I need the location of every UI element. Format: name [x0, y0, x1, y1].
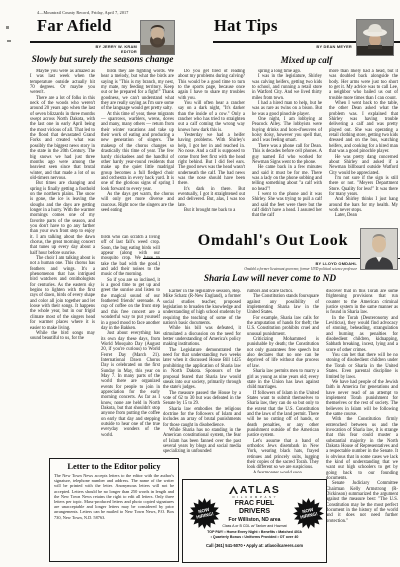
hat-tips-column-1: Do you get tired of reading about my pro…	[178, 69, 245, 233]
newspaper-page: 4—Mountrail County Record, Friday, April…	[0, 0, 400, 567]
omdahl-byline: BY LLOYD OMDAHL	[143, 261, 357, 266]
paragraph: Earlier in the legislative session, Rep.…	[163, 289, 241, 326]
folio-line: 4—Mountrail County Record, Friday, April…	[37, 10, 128, 15]
paragraph: You can bet that there will be no stonin…	[326, 353, 398, 380]
ad-requirements: Class A or B CDL w/ Tanker and Hazmat	[187, 524, 322, 528]
paragraph: When I went back to the table, the other…	[329, 101, 398, 154]
far-afield-column-2: birds they are fighting words. We hear a…	[101, 69, 174, 233]
paragraph: I went to the phone and it was Shirley. …	[252, 192, 322, 219]
paragraph: Later, Dean	[329, 213, 398, 218]
paragraph: Senate Judiciary Committee Chairman Kell…	[326, 481, 398, 524]
paragraph: I was in the legislature, Shirley was ca…	[252, 74, 322, 101]
triangle-logo-icon	[229, 486, 238, 494]
paragraph: Sharia law permits men to marry a girl a…	[247, 369, 319, 390]
paragraph: With the Constitution firmly entrenched …	[326, 417, 398, 481]
portrait-man-cowboy-hat-icon	[357, 20, 393, 55]
paragraph: If followers of Islam in the United Stat…	[247, 391, 319, 439]
byline-role: EDITOR	[50, 49, 137, 54]
hat-tips-title: Hat Tips	[214, 16, 278, 36]
paragraph: So if you are so inclined, it is a good …	[101, 278, 160, 331]
paragraph: The Constitution stands foursquare again…	[247, 294, 319, 315]
paragraph: In the Torah (Deuteronomy and Leviticus)…	[326, 316, 398, 353]
paragraph: more than likely had a head, but it was …	[329, 69, 398, 101]
omdahl-column-3: discover that in this Torah are some fri…	[326, 289, 398, 533]
paragraph: The Legislature demonstrated the need fo…	[163, 348, 241, 391]
paragraph: For example, Sharia law calls for the am…	[247, 316, 319, 337]
job-title: FRAC FUEL DRIVERS	[213, 500, 296, 515]
hat-tips-column-2: spring a long time ago.I was in the legi…	[252, 69, 322, 233]
paragraph: You will often hear a rancher say on a d…	[178, 101, 245, 133]
paragraph: Sharia law embodies the religious doctri…	[163, 407, 241, 428]
paragraph: At this time of year, these migrants — s…	[101, 112, 174, 192]
paragraph: Let's assume that a band of orthodox Jew…	[247, 439, 319, 471]
paragraph: But it brought me back to a	[178, 208, 245, 213]
paragraph: And Shirley thinks I just hang around th…	[329, 197, 398, 213]
far-afield-title: Far Afield	[37, 16, 112, 36]
far-afield-headline: Slowly but surely the seasons change	[30, 55, 175, 65]
hat-tips-column-3: more than likely had a head, but it was …	[329, 69, 398, 229]
letter-policy-body: The New Town News accepts letters to the…	[54, 473, 174, 559]
margin-mark	[7, 40, 11, 42]
atlas-ad: NOW HIRING! NOW HIRING! ATLAS O I L C O …	[182, 479, 327, 563]
paragraph: While the bird songs may sound beautiful…	[30, 331, 95, 342]
ad-perks-2: • Quarterly Bonus • Uniforms Provided • …	[185, 535, 324, 539]
paragraph: I had a hired man to help, but he was as…	[252, 101, 322, 117]
letter-policy-title: Letter to the Editor policy	[50, 462, 178, 471]
paragraph: But times are changing and spring is fin…	[30, 181, 95, 256]
paragraph: One night, I am lobbying at Peacock Alle…	[252, 117, 322, 144]
paragraph: He was pretty dang concerned about Shirl…	[329, 155, 398, 176]
dean-meyer-photo	[356, 19, 394, 56]
paragraph: A fearmonger would soon	[247, 471, 319, 473]
paragraph: We have had people of the Jewish faith i…	[326, 380, 398, 417]
paragraph: Maybe you were as amazed as I was last w…	[30, 69, 95, 96]
paragraph: birds they are fighting words. We hear a…	[101, 69, 174, 112]
hat-tips-byline: BY DEAN MEYER	[250, 44, 352, 49]
portrait-man-suit-icon	[361, 229, 397, 269]
ad-contact-line: Call (361) 541-5070 • Apply at: atlasoil…	[185, 543, 324, 548]
hat-tips-headline: Mixed up calf	[213, 55, 400, 65]
paragraph: He came back in a few minutes and said i…	[252, 165, 322, 192]
portrait-man-beard-icon	[141, 21, 174, 54]
omdahl-subline: Omdahl a former lieutenant governor, for…	[143, 267, 357, 271]
paragraph: There are a lot of folks in this neck of…	[30, 96, 95, 182]
far-afield-byline: BY JERRY W. KRAM EDITOR	[50, 44, 137, 54]
omdahl-headline: Sharia Law will never come to ND	[145, 274, 395, 284]
paragraph: The choir I am talking about is not a hu…	[30, 256, 95, 331]
brand-subtitle: O I L C O M P A N Y	[213, 495, 296, 499]
paragraph: It's dark in there. But eventually, I go…	[178, 187, 245, 208]
paragraph: I'm not sure if the sign is still there …	[329, 176, 398, 197]
omdahl-column-1: Earlier in the legislative session, Rep.…	[163, 289, 241, 465]
ad-area-line: For Williston, ND area	[187, 517, 322, 523]
far-afield-column-1: Maybe you were as amazed as I was last w…	[30, 69, 95, 457]
jerry-kram-photo	[140, 20, 175, 55]
paragraph: Yesterday we had a heifer having problem…	[178, 133, 245, 186]
paragraph: Do you get tired of reading about my pro…	[178, 69, 245, 101]
paragraph: As the days get warm, the chorus will on…	[101, 192, 174, 213]
omdahl-column-2: rumors and scare tactics.The Constitutio…	[247, 289, 319, 473]
margin-mark	[6, 26, 9, 29]
lloyd-omdahl-photo	[360, 228, 398, 270]
ad-perks-1: TOP PAY! • Home Every Night • Benefits •…	[185, 530, 324, 534]
paragraph: The measure passed the House by a vote o…	[163, 391, 241, 407]
paragraph: While Sharia has no standing in the Amer…	[163, 428, 241, 455]
letter-policy-box: Letter to the Editor policy The New Town…	[49, 458, 179, 562]
paragraph: discover that in this Torah are some fri…	[326, 289, 398, 316]
paragraph: There was a phone call for Dean. This is…	[252, 144, 322, 165]
paragraph: While his bill was defeated, it stimulat…	[163, 326, 241, 347]
paragraph: Just about everything has its own day th…	[101, 331, 160, 438]
paragraph: Criticizing Mohammed is punishable by de…	[247, 337, 319, 369]
